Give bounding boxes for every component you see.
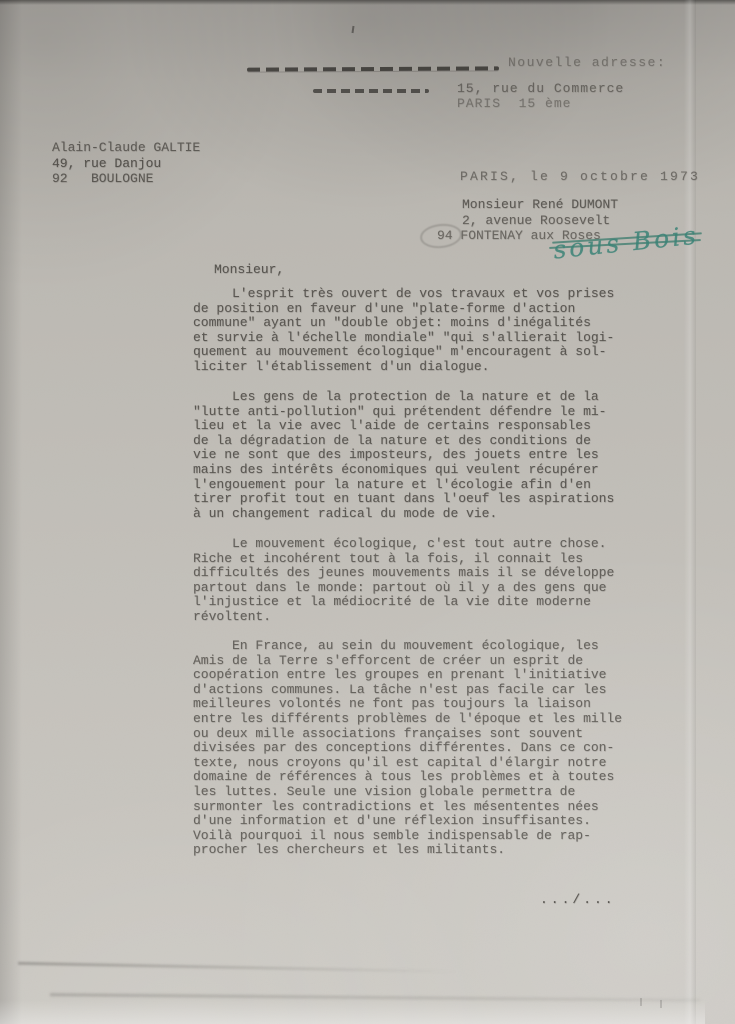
paper-bottom-edge	[0, 1000, 705, 1024]
body-paragraph: Les gens de la protection de la nature e…	[193, 390, 614, 521]
continuation-mark: .../...	[540, 893, 616, 908]
pencil-circle-annotation	[419, 222, 463, 250]
new-address-street: 15, rue du Commerce	[457, 82, 624, 97]
paper-crease	[18, 962, 458, 973]
date-line: PARIS, le 9 octobre 1973	[460, 170, 700, 185]
paper-speck	[660, 1000, 662, 1008]
body-paragraph: En France, au sein du mouvement écologiq…	[193, 639, 622, 858]
letter-page: Nouvelle adresse: 15, rue du Commerce PA…	[0, 0, 735, 1024]
paper-left-shadow	[0, 0, 22, 1024]
salutation: Monsieur,	[214, 263, 284, 278]
sender-city: 92 BOULOGNE	[52, 172, 153, 187]
paper-top-edge	[0, 0, 735, 5]
paper-crease	[684, 0, 696, 1024]
typed-rule-short	[313, 89, 429, 93]
body-paragraph: L'esprit très ouvert de vos travaux et v…	[193, 287, 614, 375]
recipient-street: 2, avenue Roosevelt	[462, 214, 610, 229]
paper-speck	[640, 998, 642, 1006]
paper-crease	[50, 993, 700, 1002]
paper-speck	[352, 26, 355, 33]
sender-name: Alain-Claude GALTIE	[52, 141, 200, 156]
sender-street: 49, rue Danjou	[52, 157, 161, 172]
recipient-name: Monsieur René DUMONT	[462, 198, 618, 213]
body-paragraph: Le mouvement écologique, c'est tout autr…	[193, 537, 614, 625]
new-address-label: Nouvelle adresse:	[508, 56, 666, 71]
new-address-city: PARIS 15 ème	[457, 97, 571, 112]
typed-rule-long	[247, 66, 499, 71]
